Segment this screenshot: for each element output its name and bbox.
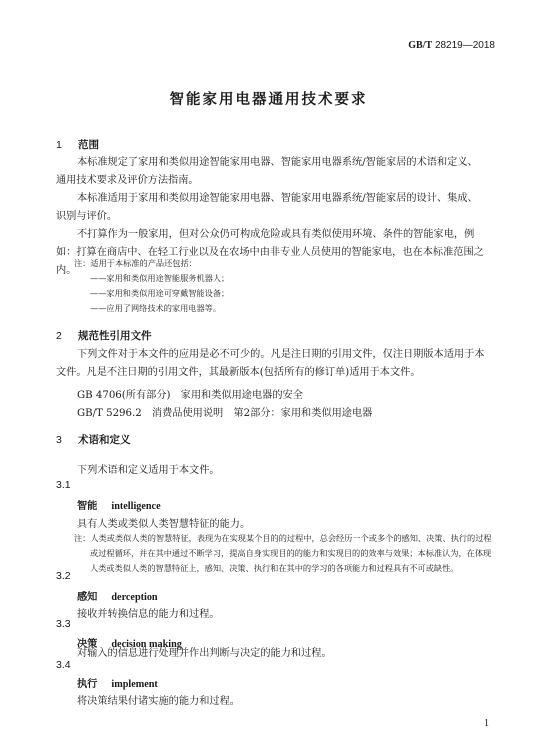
scope-note-item: ——家用和类似用途智能服务机器人； xyxy=(90,271,229,286)
term-number: 3.2 xyxy=(56,570,71,582)
term-definition: 接收并转换信息的能力和过程。 xyxy=(77,605,220,620)
term-en: implement xyxy=(111,679,157,690)
term-number: 3.3 xyxy=(56,618,71,630)
section-title: 规范性引用文件 xyxy=(78,330,152,342)
scope-note-item: ——家用和类似用途可穿戴智能设备； xyxy=(90,286,229,301)
reference-item: GB 4706(所有部分) 家用和类似用途电器的安全 xyxy=(77,386,303,401)
standard-code: GB/T 28219—2018 xyxy=(408,40,495,51)
section-title: 范围 xyxy=(78,139,99,151)
term-number: 3.4 xyxy=(56,659,71,671)
term-zh: 感知 xyxy=(77,591,97,603)
section-number: 1 xyxy=(56,139,78,151)
term-heading: 智能intelligence xyxy=(77,497,161,512)
section-number: 2 xyxy=(56,330,78,342)
term-definition: 具有人类或类似人类智慧特征的能力。 xyxy=(77,515,250,530)
term-note-line: 注：人类或类似人类的智慧特征，表现为在实现某个目的的过程中，总会经历一个或多个的… xyxy=(74,531,492,546)
section-number: 3 xyxy=(56,434,78,446)
page-number: 1 xyxy=(484,718,489,729)
term-number: 3.1 xyxy=(56,479,71,491)
scope-note-label: 注：适用于本标准的产品还包括： xyxy=(74,256,197,271)
section-2-heading: 2规范性引用文件 xyxy=(56,328,152,343)
standard-number: 28219—2018 xyxy=(435,40,495,51)
term-zh: 智能 xyxy=(77,500,97,512)
reference-item: GB/T 5296.2 消费品使用说明 第2部分：家用和类似用途电器 xyxy=(77,404,372,419)
terms-intro: 下列术语和定义适用于本文件。 xyxy=(77,461,220,476)
term-en: intelligence xyxy=(111,501,160,512)
term-heading: 感知derception xyxy=(77,588,158,603)
section-1-heading: 1范围 xyxy=(56,137,99,152)
term-en: derception xyxy=(111,592,157,603)
section-3-heading: 3术语和定义 xyxy=(56,432,131,447)
term-note-line: 或过程循环，并在其中通过不断学习，提高自身实现目的的能力和实现目的的效率与效果；… xyxy=(90,546,491,561)
scope-note-item: ——应用了网络技术的家用电器等。 xyxy=(90,301,221,316)
scope-paragraph-2: 本标准适用于家用和类似用途智能家用电器、智能家用电器系统/智能家居的设计、集成、… xyxy=(56,190,486,226)
standard-prefix: GB/T xyxy=(408,40,432,51)
term-definition: 对输入的信息进行处理并作出判断与决定的能力和过程。 xyxy=(77,644,332,659)
term-note-line: 人类或类似人类的智慧特征上，感知、决策、执行和在其中的学习的各项能力和过程具有不… xyxy=(90,561,458,576)
normative-refs-paragraph: 下列文件对于本文件的应用是必不可少的。凡是注日期的引用文件，仅注日期版本适用于本… xyxy=(56,346,486,382)
term-heading: 执行implement xyxy=(77,675,158,690)
document-title: 智能家用电器通用技术要求 xyxy=(0,88,537,109)
section-title: 术语和定义 xyxy=(78,434,131,446)
term-zh: 执行 xyxy=(77,678,97,690)
scope-paragraph-1: 本标准规定了家用和类似用途智能家用电器、智能家用电器系统/智能家居的术语和定义、… xyxy=(56,154,486,190)
term-definition: 将决策结果付诸实施的能力和过程。 xyxy=(77,692,240,707)
